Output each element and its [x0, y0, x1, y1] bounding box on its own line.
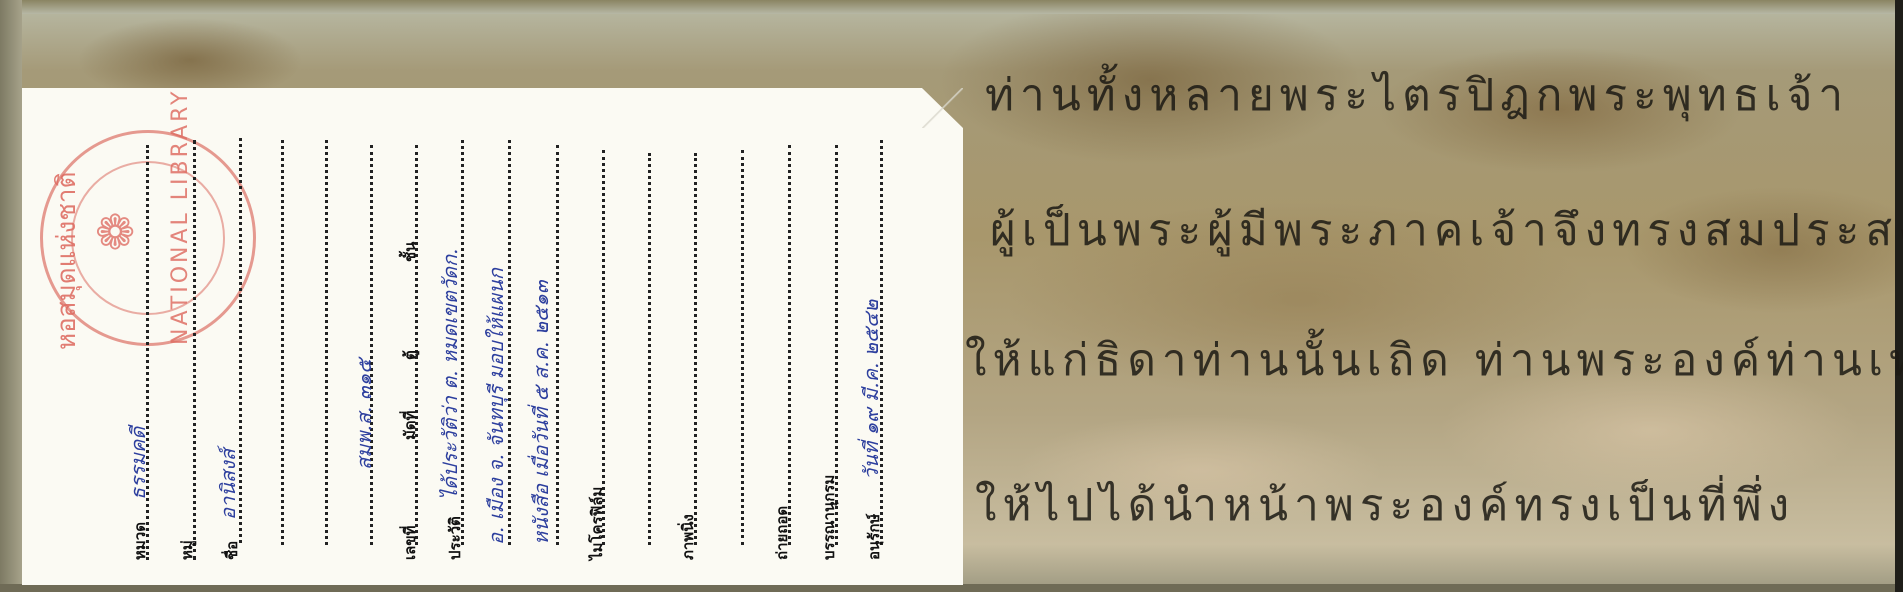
stamp-thai-text: หอสมุดแห่งชาติ	[46, 172, 87, 350]
card-dotted-line	[788, 145, 791, 545]
label-name: ชื่อ	[220, 541, 244, 560]
manuscript-line-3: ให้แก่ธิดาท่านนั้นเถิด ท่านพระองค์ท่านเท…	[965, 325, 1903, 395]
leaf-top-edge	[0, 0, 1895, 14]
label-transcription: ถ่ายถอด	[770, 506, 794, 560]
value-history-2: อ. เมือง จ. จันทบุรี มอบให้แผนก	[480, 268, 512, 545]
value-group: อานิสงส์	[212, 449, 244, 520]
label-bibliography: บรรณานุกรม	[817, 475, 841, 560]
value-history-3: หนังสือ เมื่อวันที่ ๕ ส.ค. ๒๕๑๓	[525, 280, 557, 545]
stamp-emblem-icon: ❁	[95, 205, 135, 261]
label-still-image: ภาพนิ่ง	[676, 514, 700, 560]
label-conservation: อนุรักษ์	[862, 514, 886, 560]
label-bundle: มัดที่	[398, 410, 422, 440]
manuscript-line-4: ให้ไปได้นำหน้าพระองค์ทรงเป็นที่พึ่ง	[975, 470, 1795, 540]
manuscript-line-1: ท่านทั้งหลายพระไตรปิฎกพระพุทธเจ้า	[985, 60, 1849, 130]
leaf-left-edge	[0, 0, 22, 592]
card-dotted-line	[370, 145, 373, 545]
value-conservation: วันที่ ๑๙ มี.ค. ๒๕๔๒	[855, 300, 887, 480]
label-microfilm: ไมโครฟิล์ม	[585, 487, 609, 560]
card-cut-corner	[922, 88, 963, 128]
label-cabinet: ตู้	[398, 350, 422, 360]
manuscript-line-2: ผู้เป็นพระผู้มีพระภาคเจ้าจึงทรงสมประสงค์	[990, 195, 1903, 265]
value-category: ธรรมคดี	[122, 427, 154, 500]
leaf-bottom-edge	[0, 584, 1895, 592]
card-dotted-line	[741, 150, 744, 545]
card-dotted-line	[281, 140, 284, 545]
label-number: เลขที่	[398, 526, 422, 560]
card-dotted-line	[415, 145, 418, 545]
stamp-english-text: NATIONAL LIBRARY	[168, 89, 193, 345]
leaf-right-edge	[1895, 0, 1903, 592]
value-history-1: ได้ประวัติว่า ต. หมดเขตวัดก.	[434, 248, 466, 500]
label-category: หมวด	[128, 522, 152, 560]
value-code: สมพ.ส. ๓๑๕	[348, 359, 380, 470]
card-dotted-line	[694, 153, 697, 545]
card-dotted-line	[193, 140, 196, 560]
label-group: หมู่	[175, 540, 199, 560]
card-dotted-line	[325, 140, 328, 545]
card-dotted-line	[648, 153, 651, 545]
label-history: ประวัติ	[443, 516, 467, 560]
label-shelf: ชั้น	[398, 242, 422, 262]
